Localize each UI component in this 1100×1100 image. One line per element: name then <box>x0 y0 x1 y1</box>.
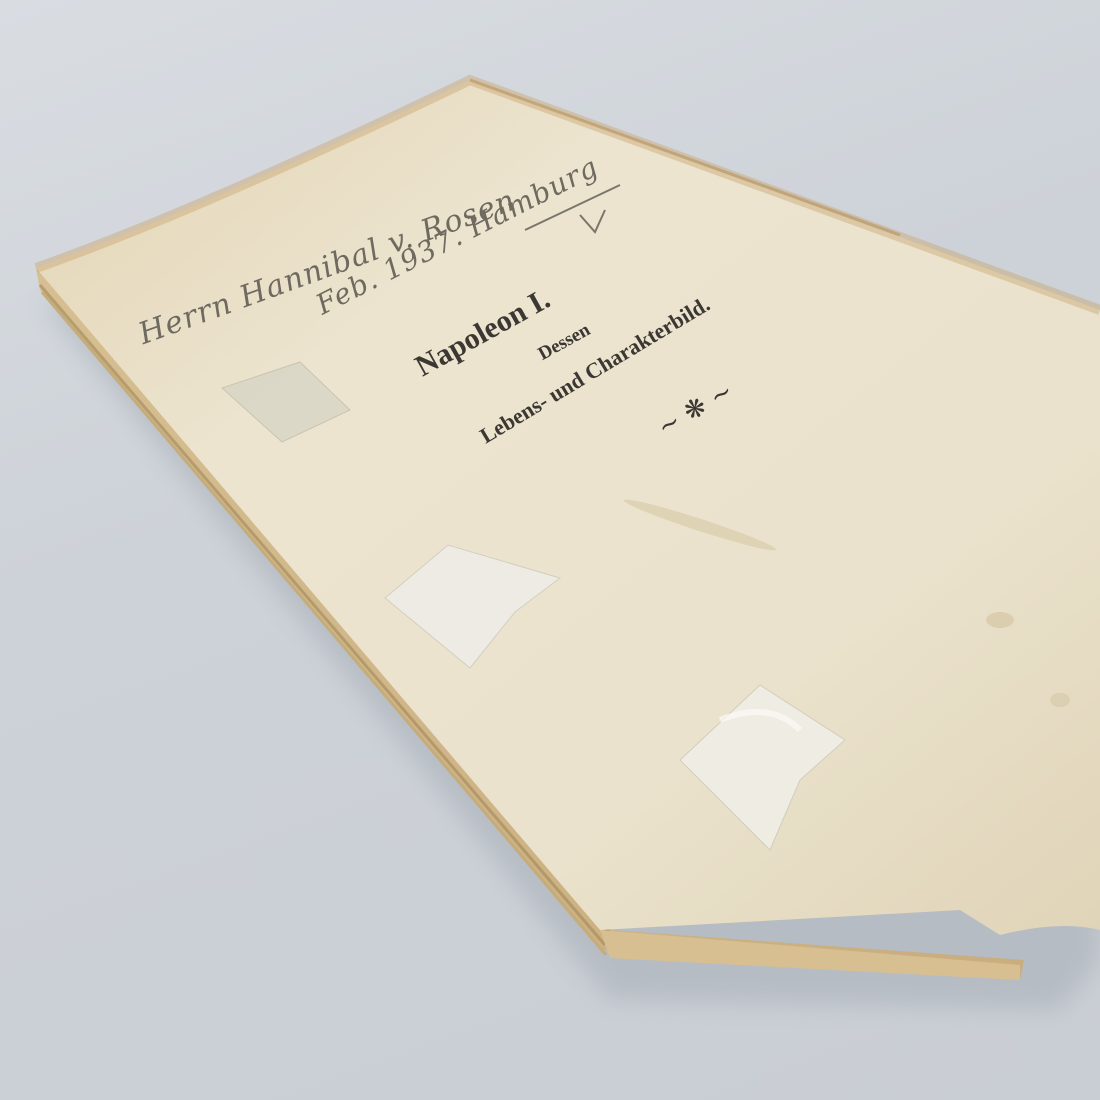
book-illustration <box>0 0 1100 1100</box>
photo-scene: Herrn Hannibal v. Rosen Feb. 1937. Hambu… <box>0 0 1100 1100</box>
